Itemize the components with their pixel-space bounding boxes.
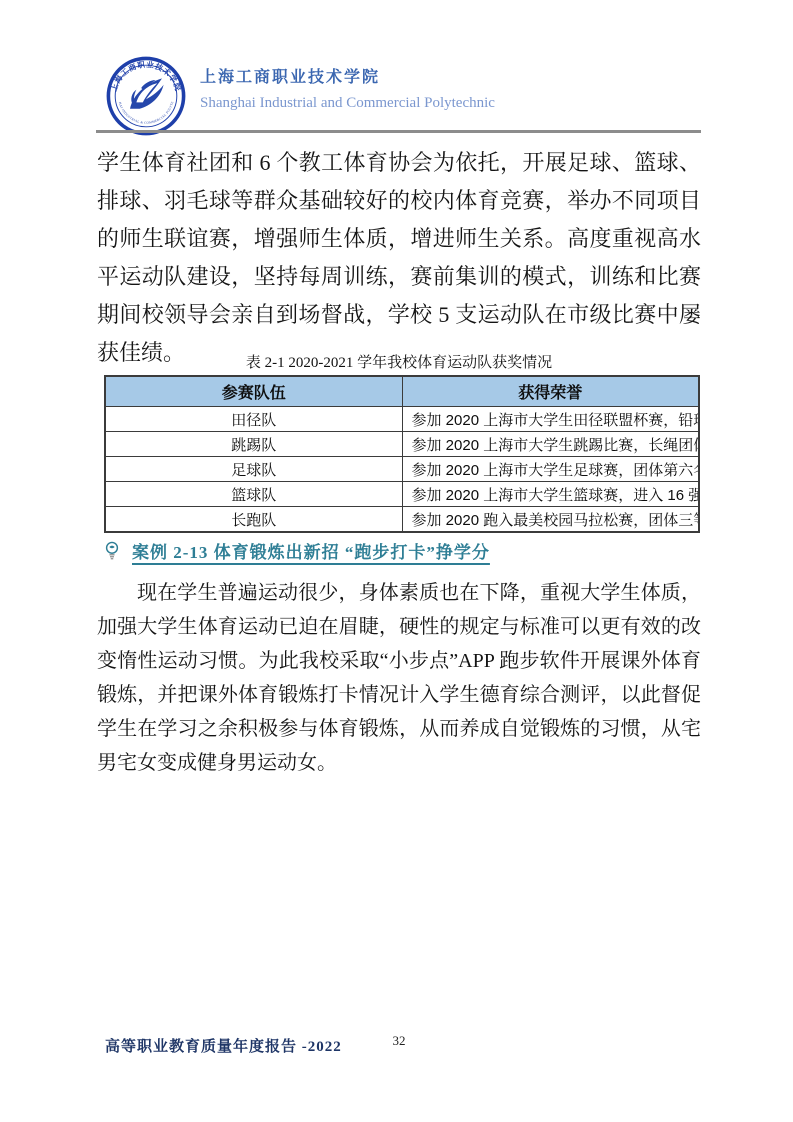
honor-cell: 参加 2020 上海市大学生足球赛，团体第六名，勇夺最佳射手 [402,457,699,482]
school-logo: 上海工商职业技术学院 SHANGHAI INDUSTRIAL & COMMERC… [104,56,188,136]
header-divider [96,130,701,133]
page-header: 上海工商职业技术学院 SHANGHAI INDUSTRIAL & COMMERC… [104,56,495,136]
case-title: 案例 2-13 体育锻炼出新招 “跑步打卡”挣学分 [132,538,490,563]
honor-cell: 参加 2020 上海市大学生田径联盟杯赛，铅球个人项目第一名 [402,407,699,432]
table-header-team: 参赛队伍 [105,376,402,407]
table-row: 跳踢队 参加 2020 上海市大学生跳踢比赛，长绳团体一等奖、短绳和毽子二等奖 [105,432,699,457]
footer-report-title: 高等职业教育质量年度报告 -2022 [105,1035,342,1056]
team-cell: 长跑队 [105,507,402,533]
page-footer: 高等职业教育质量年度报告 -2022 32 [97,1033,701,1057]
team-cell: 跳踢队 [105,432,402,457]
table-row: 篮球队 参加 2020 上海市大学生篮球赛，进入 16 强 [105,482,699,507]
awards-table: 参赛队伍 获得荣誉 田径队 参加 2020 上海市大学生田径联盟杯赛，铅球个人项… [104,375,700,533]
school-emblem-icon: 上海工商职业技术学院 SHANGHAI INDUSTRIAL & COMMERC… [104,56,188,136]
page-number: 32 [393,1033,406,1049]
lightbulb-icon [103,540,121,562]
paragraph-sports-overview: 学生体育社团和 6 个教工体育协会为依托，开展足球、篮球、排球、羽毛球等群众基础… [97,144,701,372]
team-cell: 足球队 [105,457,402,482]
honor-cell: 参加 2020 上海市大学生跳踢比赛，长绳团体一等奖、短绳和毽子二等奖 [402,432,699,457]
table-header-honor: 获得荣誉 [402,376,699,407]
honor-cell: 参加 2020 跑入最美校园马拉松赛，团体三等奖 [402,507,699,533]
table-row: 足球队 参加 2020 上海市大学生足球赛，团体第六名，勇夺最佳射手 [105,457,699,482]
honor-cell: 参加 2020 上海市大学生篮球赛，进入 16 强 [402,482,699,507]
table-caption: 表 2-1 2020-2021 学年我校体育运动队获奖情况 [97,351,701,372]
case-heading: 案例 2-13 体育锻炼出新招 “跑步打卡”挣学分 [103,538,701,563]
awards-table-head: 参赛队伍 获得荣誉 [105,376,699,407]
team-cell: 田径队 [105,407,402,432]
case-body-paragraph: 现在学生普遍运动很少，身体素质也在下降，重视大学生体质，加强大学生体育运动已迫在… [97,576,701,780]
header-titles: 上海工商职业技术学院 Shanghai Industrial and Comme… [200,56,495,113]
document-page: 上海工商职业技术学院 SHANGHAI INDUSTRIAL & COMMERC… [0,0,793,1122]
awards-table-body: 田径队 参加 2020 上海市大学生田径联盟杯赛，铅球个人项目第一名 跳踢队 参… [105,407,699,533]
team-cell: 篮球队 [105,482,402,507]
school-name-zh: 上海工商职业技术学院 [200,68,495,88]
table-header-row: 参赛队伍 获得荣誉 [105,376,699,407]
table-row: 长跑队 参加 2020 跑入最美校园马拉松赛，团体三等奖 [105,507,699,533]
table-row: 田径队 参加 2020 上海市大学生田径联盟杯赛，铅球个人项目第一名 [105,407,699,432]
school-name-en: Shanghai Industrial and Commercial Polyt… [200,93,495,113]
